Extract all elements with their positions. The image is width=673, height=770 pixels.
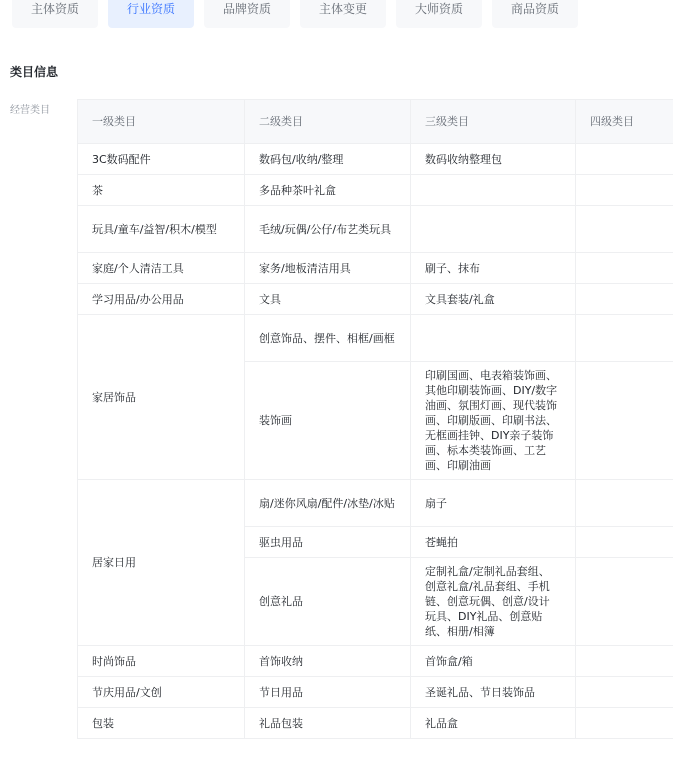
- cell-level3: 扇子: [411, 480, 576, 527]
- cell-level2: 多品种茶叶礼盒: [245, 175, 411, 206]
- cell-level2: 创意饰品、摆件、相框/画框: [245, 315, 411, 362]
- section-title: 类目信息: [10, 63, 58, 80]
- cell-level3: 文具套装/礼盒: [411, 284, 576, 315]
- table-row: 茶 多品种茶叶礼盒: [78, 175, 673, 206]
- tab-brand-qualification[interactable]: 品牌资质: [204, 0, 290, 28]
- cell-level4: [576, 284, 673, 315]
- table-row: 学习用品/办公用品 文具 文具套装/礼盒: [78, 284, 673, 315]
- cell-level1: 玩具/童车/益智/积木/模型: [78, 206, 245, 253]
- cell-level4: [576, 646, 673, 677]
- cell-level4: [576, 362, 673, 480]
- cell-level1: 居家日用: [78, 480, 245, 646]
- cell-level2: 创意礼品: [245, 558, 411, 646]
- cell-level2: 文具: [245, 284, 411, 315]
- category-table-container: 一级类目 二级类目 三级类目 四级类目 3C数码配件 数码包/收纳/整理 数码收…: [77, 99, 673, 739]
- cell-level2: 驱虫用品: [245, 527, 411, 558]
- business-category-label: 经营类目: [10, 101, 50, 116]
- tab-product-qualification[interactable]: 商品资质: [492, 0, 578, 28]
- cell-level2: 毛绒/玩偶/公仔/布艺类玩具: [245, 206, 411, 253]
- cell-level2: 数码包/收纳/整理: [245, 144, 411, 175]
- cell-level1: 茶: [78, 175, 245, 206]
- cell-level3: 定制礼盒/定制礼品套组、创意礼盒/礼品套组、手机链、创意玩偶、创意/设计玩具、D…: [411, 558, 576, 646]
- cell-level1: 包装: [78, 708, 245, 739]
- cell-level3: 印刷国画、电表箱装饰画、其他印刷装饰画、DIY/数字油画、氛围灯画、现代装饰画、…: [411, 362, 576, 480]
- header-level2: 二级类目: [245, 100, 411, 144]
- qualification-tabs: 主体资质 行业资质 品牌资质 主体变更 大师资质 商品资质: [12, 0, 578, 28]
- cell-level3: [411, 206, 576, 253]
- cell-level3: [411, 175, 576, 206]
- cell-level4: [576, 144, 673, 175]
- cell-level3: 数码收纳整理包: [411, 144, 576, 175]
- cell-level3: 首饰盒/箱: [411, 646, 576, 677]
- cell-level2: 扇/迷你风扇/配件/冰垫/冰贴: [245, 480, 411, 527]
- table-row: 3C数码配件 数码包/收纳/整理 数码收纳整理包: [78, 144, 673, 175]
- table-row: 玩具/童车/益智/积木/模型 毛绒/玩偶/公仔/布艺类玩具: [78, 206, 673, 253]
- cell-level3: 苍蝇拍: [411, 527, 576, 558]
- category-table: 一级类目 二级类目 三级类目 四级类目 3C数码配件 数码包/收纳/整理 数码收…: [77, 99, 673, 739]
- cell-level4: [576, 558, 673, 646]
- cell-level4: [576, 480, 673, 527]
- tab-master-qualification[interactable]: 大师资质: [396, 0, 482, 28]
- cell-level4: [576, 206, 673, 253]
- cell-level1: 家庭/个人清洁工具: [78, 253, 245, 284]
- cell-level1: 家居饰品: [78, 315, 245, 480]
- cell-level4: [576, 253, 673, 284]
- cell-level4: [576, 175, 673, 206]
- tab-subject-change[interactable]: 主体变更: [300, 0, 386, 28]
- table-row: 时尚饰品 首饰收纳 首饰盒/箱: [78, 646, 673, 677]
- cell-level4: [576, 677, 673, 708]
- cell-level2: 礼品包装: [245, 708, 411, 739]
- table-header-row: 一级类目 二级类目 三级类目 四级类目: [78, 100, 673, 144]
- cell-level3: 刷子、抹布: [411, 253, 576, 284]
- cell-level3: 圣诞礼品、节日装饰品: [411, 677, 576, 708]
- cell-level3: 礼品盒: [411, 708, 576, 739]
- table-row: 节庆用品/文创 节日用品 圣诞礼品、节日装饰品: [78, 677, 673, 708]
- cell-level3: [411, 315, 576, 362]
- cell-level1: 学习用品/办公用品: [78, 284, 245, 315]
- cell-level2: 首饰收纳: [245, 646, 411, 677]
- table-row: 家庭/个人清洁工具 家务/地板清洁用具 刷子、抹布: [78, 253, 673, 284]
- tab-industry-qualification[interactable]: 行业资质: [108, 0, 194, 28]
- cell-level4: [576, 527, 673, 558]
- cell-level1: 节庆用品/文创: [78, 677, 245, 708]
- cell-level2: 装饰画: [245, 362, 411, 480]
- header-level1: 一级类目: [78, 100, 245, 144]
- table-row: 家居饰品 创意饰品、摆件、相框/画框: [78, 315, 673, 362]
- table-row: 居家日用 扇/迷你风扇/配件/冰垫/冰贴 扇子: [78, 480, 673, 527]
- cell-level1: 时尚饰品: [78, 646, 245, 677]
- header-level3: 三级类目: [411, 100, 576, 144]
- cell-level2: 节日用品: [245, 677, 411, 708]
- cell-level4: [576, 708, 673, 739]
- tab-subject-qualification[interactable]: 主体资质: [12, 0, 98, 28]
- table-row: 包装 礼品包装 礼品盒: [78, 708, 673, 739]
- cell-level1: 3C数码配件: [78, 144, 245, 175]
- cell-level2: 家务/地板清洁用具: [245, 253, 411, 284]
- header-level4: 四级类目: [576, 100, 673, 144]
- cell-level4: [576, 315, 673, 362]
